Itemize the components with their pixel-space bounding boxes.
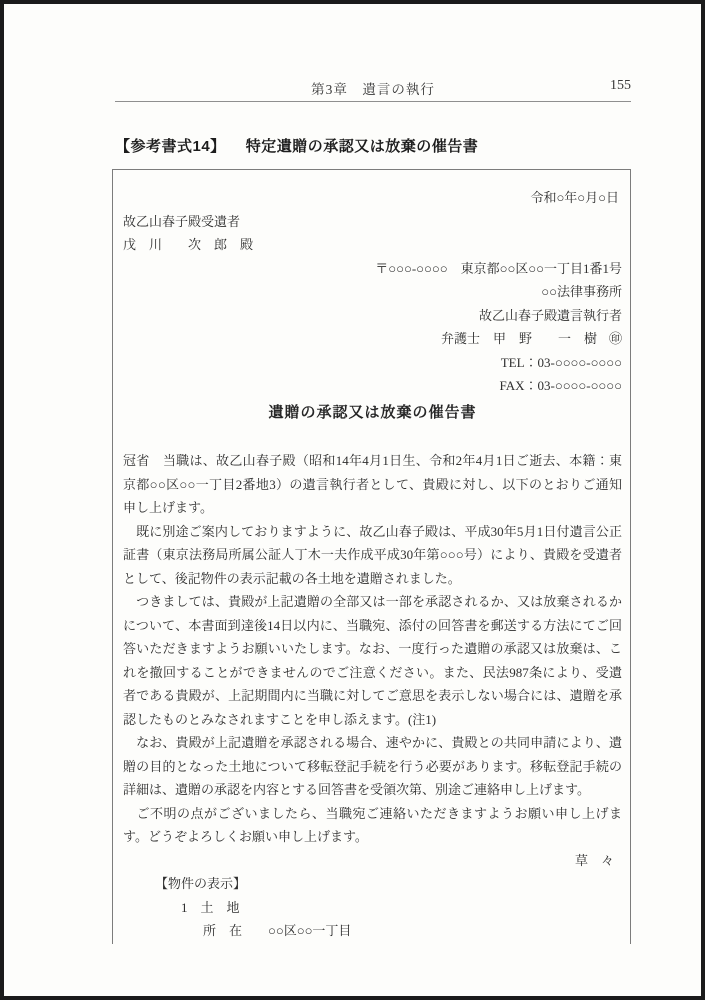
letter-body: 冠省 当職は、故乙山春子殿（昭和14年4月1日生、令和2年4月1日ご逝去、本籍：…	[123, 449, 622, 849]
document-title: 遺贈の承認又は放棄の催告書	[123, 402, 622, 426]
sender-tel: TEL：03-○○○○-○○○○	[123, 351, 622, 375]
sample-document-box: 令和○年○月○日 故乙山春子殿受遺者 戊 川 次 郎 殿 〒○○○-○○○○ 東…	[112, 169, 631, 944]
letter-date: 令和○年○月○日	[123, 186, 622, 210]
running-header: 第3章 遺言の執行 155	[115, 78, 631, 98]
sender-name-line: 弁護士 甲 野 一 樹㊞	[123, 327, 622, 351]
form-heading: 【参考書式14】特定遺贈の承認又は放棄の催告書	[115, 135, 478, 156]
sender-fax: FAX：03-○○○○-○○○○	[123, 374, 622, 398]
property-item: 1 土 地	[123, 896, 622, 920]
location-value: ○○区○○一丁目	[268, 923, 351, 938]
location-label: 所 在	[203, 923, 242, 938]
header-rule	[115, 101, 631, 102]
book-page: 第3章 遺言の執行 155 【参考書式14】特定遺贈の承認又は放棄の催告書 令和…	[0, 0, 705, 1000]
property-location: 所 在○○区○○一丁目	[123, 919, 622, 943]
body-paragraph: 既に別途ご案内しておりますように、故乙山春子殿は、平成30年5月1日付遺言公正証…	[123, 520, 622, 591]
sender-address: 〒○○○-○○○○ 東京都○○区○○一丁目1番1号	[123, 257, 622, 281]
addressee-name: 戊 川 次 郎 殿	[123, 233, 622, 257]
chapter-title: 第3章 遺言の執行	[115, 78, 631, 98]
form-title: 特定遺贈の承認又は放棄の催告書	[246, 138, 479, 155]
form-label: 【参考書式14】	[115, 138, 226, 155]
sender-office: ○○法律事務所	[123, 280, 622, 304]
sender-role: 故乙山春子殿遺言執行者	[123, 304, 622, 328]
sender-block: 〒○○○-○○○○ 東京都○○区○○一丁目1番1号 ○○法律事務所 故乙山春子殿…	[123, 257, 622, 398]
property-heading: 【物件の表示】	[123, 872, 622, 896]
addressee-role: 故乙山春子殿受遺者	[123, 210, 622, 234]
page-number: 155	[610, 78, 631, 94]
seal-mark: ㊞	[609, 331, 622, 346]
body-paragraph: つきましては、貴殿が上記遺贈の全部又は一部を承認されるか、又は放棄されるかについ…	[123, 590, 622, 731]
body-paragraph: 冠省 当職は、故乙山春子殿（昭和14年4月1日生、令和2年4月1日ご逝去、本籍：…	[123, 449, 622, 520]
letter-closing: 草 々	[123, 849, 622, 873]
property-section: 【物件の表示】 1 土 地 所 在○○区○○一丁目	[123, 872, 622, 943]
body-paragraph: ご不明の点がございましたら、当職宛ご連絡いただきますようお願い申し上げます。どう…	[123, 802, 622, 849]
sender-name: 弁護士 甲 野 一 樹	[441, 331, 597, 346]
body-paragraph: なお、貴殿が上記遺贈を承認される場合、速やかに、貴殿との共同申請により、遺贈の目…	[123, 731, 622, 802]
